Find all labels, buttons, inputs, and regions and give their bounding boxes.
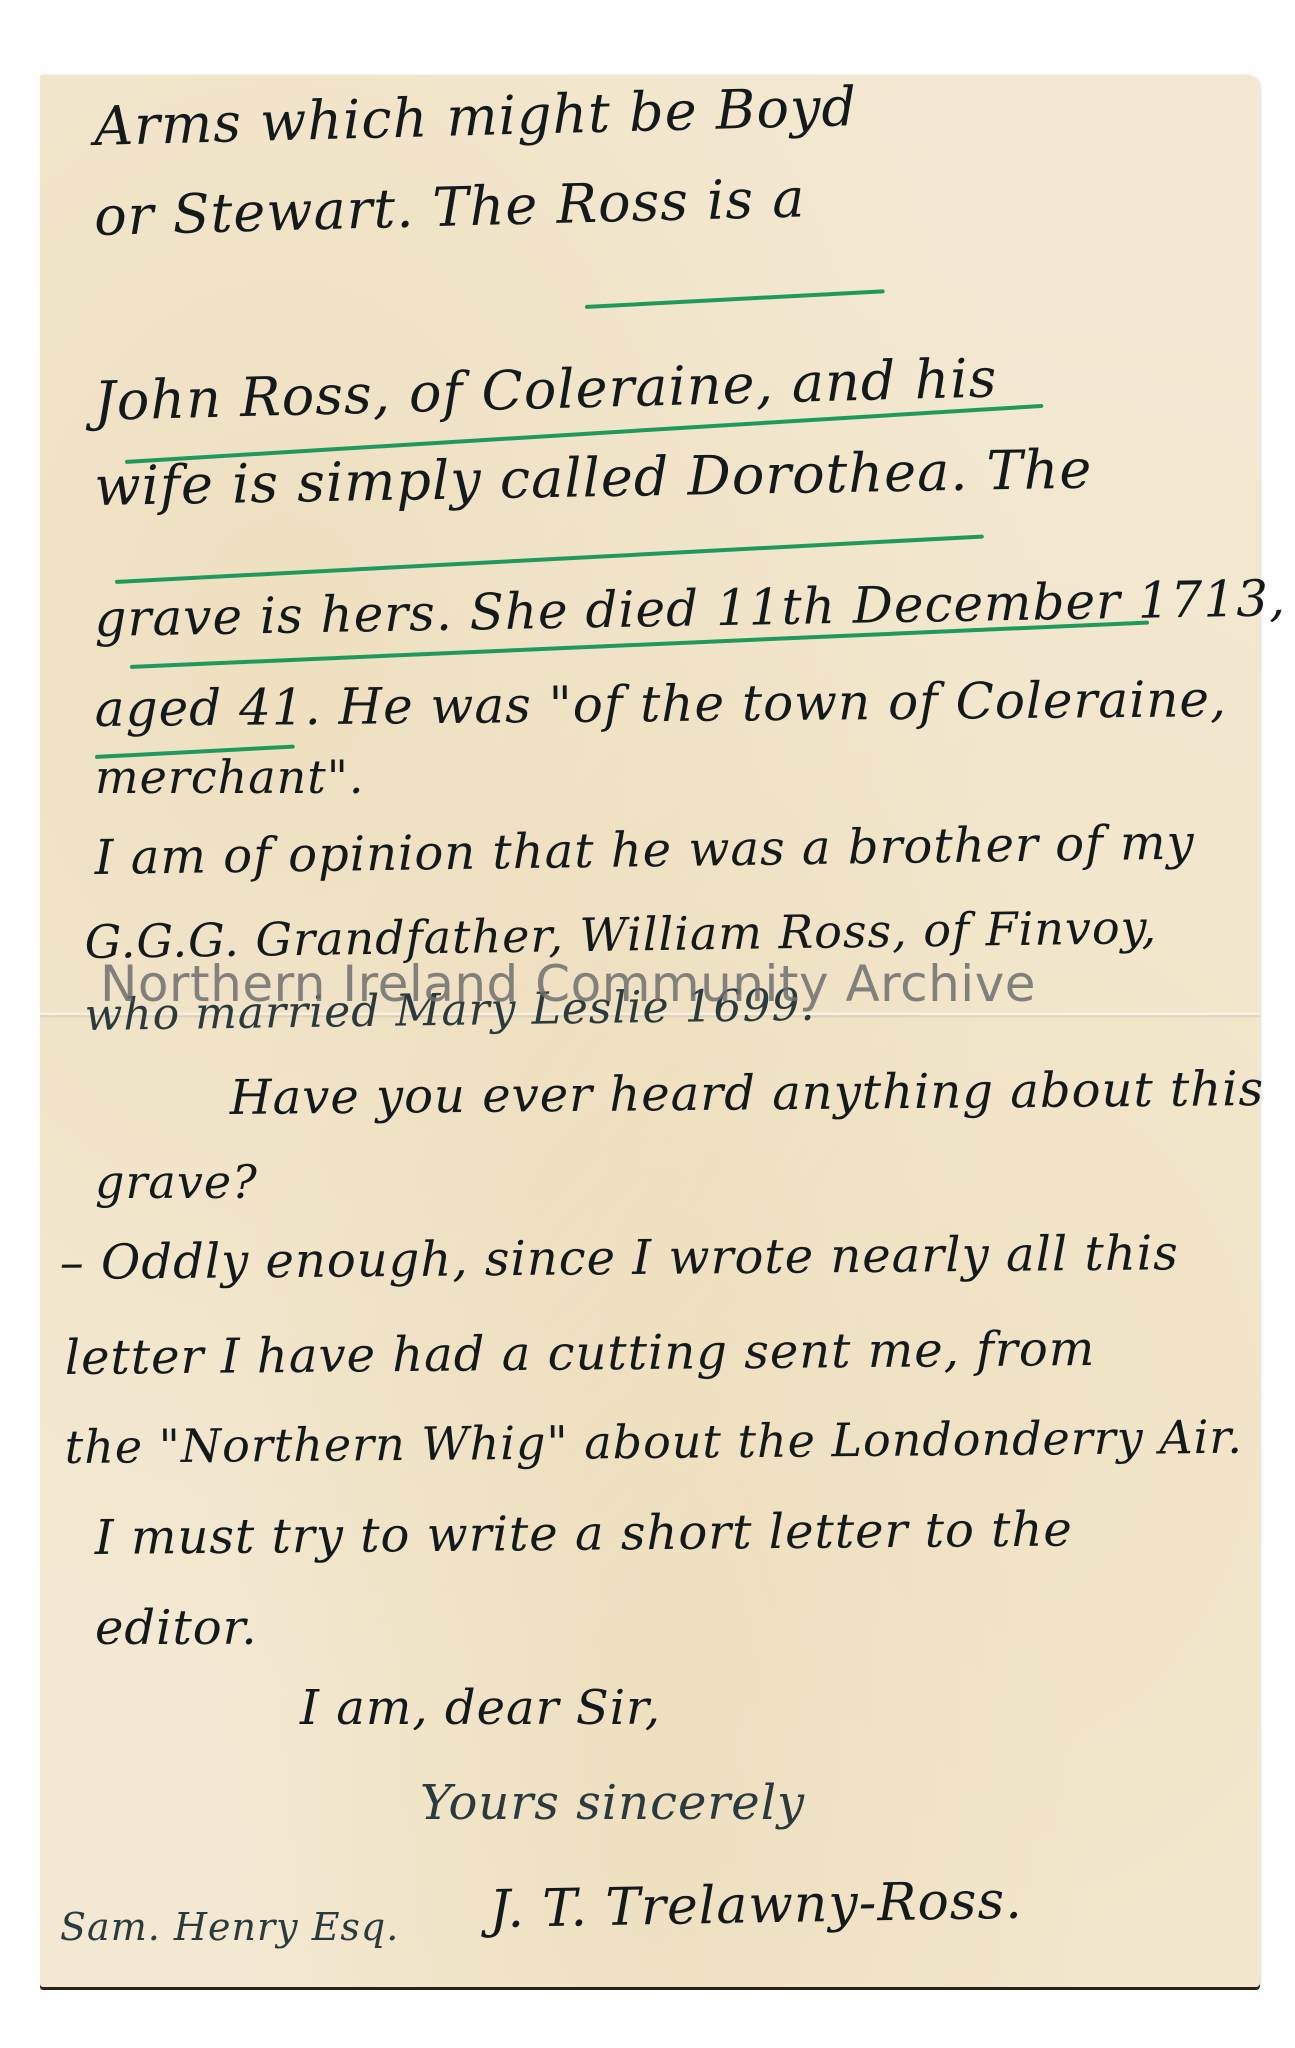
letter-line-16: I must try to write a short letter to th… — [95, 1501, 1073, 1566]
closing-line: I am, dear Sir, — [300, 1680, 661, 1736]
letter-line-11: Have you ever heard anything about this — [230, 1061, 1265, 1126]
signature: J. T. Trelawny-Ross. — [489, 1871, 1023, 1940]
valediction: Yours sincerely — [420, 1775, 805, 1831]
letter-line-14: letter I have had a cutting sent me, fro… — [65, 1321, 1096, 1386]
letter-line-6: aged 41. He was "of the town of Colerain… — [94, 670, 1227, 738]
addressee-note: Sam. Henry Esq. — [60, 1905, 399, 1949]
letter-line-13: – Oddly enough, since I wrote nearly all… — [60, 1225, 1179, 1291]
letter-line-17: editor. — [95, 1600, 258, 1656]
letter-line-7: merchant". — [95, 750, 365, 804]
letter-line-15: the "Northern Whig" about the Londonderr… — [65, 1410, 1244, 1474]
letter-line-12: grave? — [95, 1155, 258, 1209]
archive-watermark: Northern Ireland Community Archive — [100, 955, 1036, 1013]
